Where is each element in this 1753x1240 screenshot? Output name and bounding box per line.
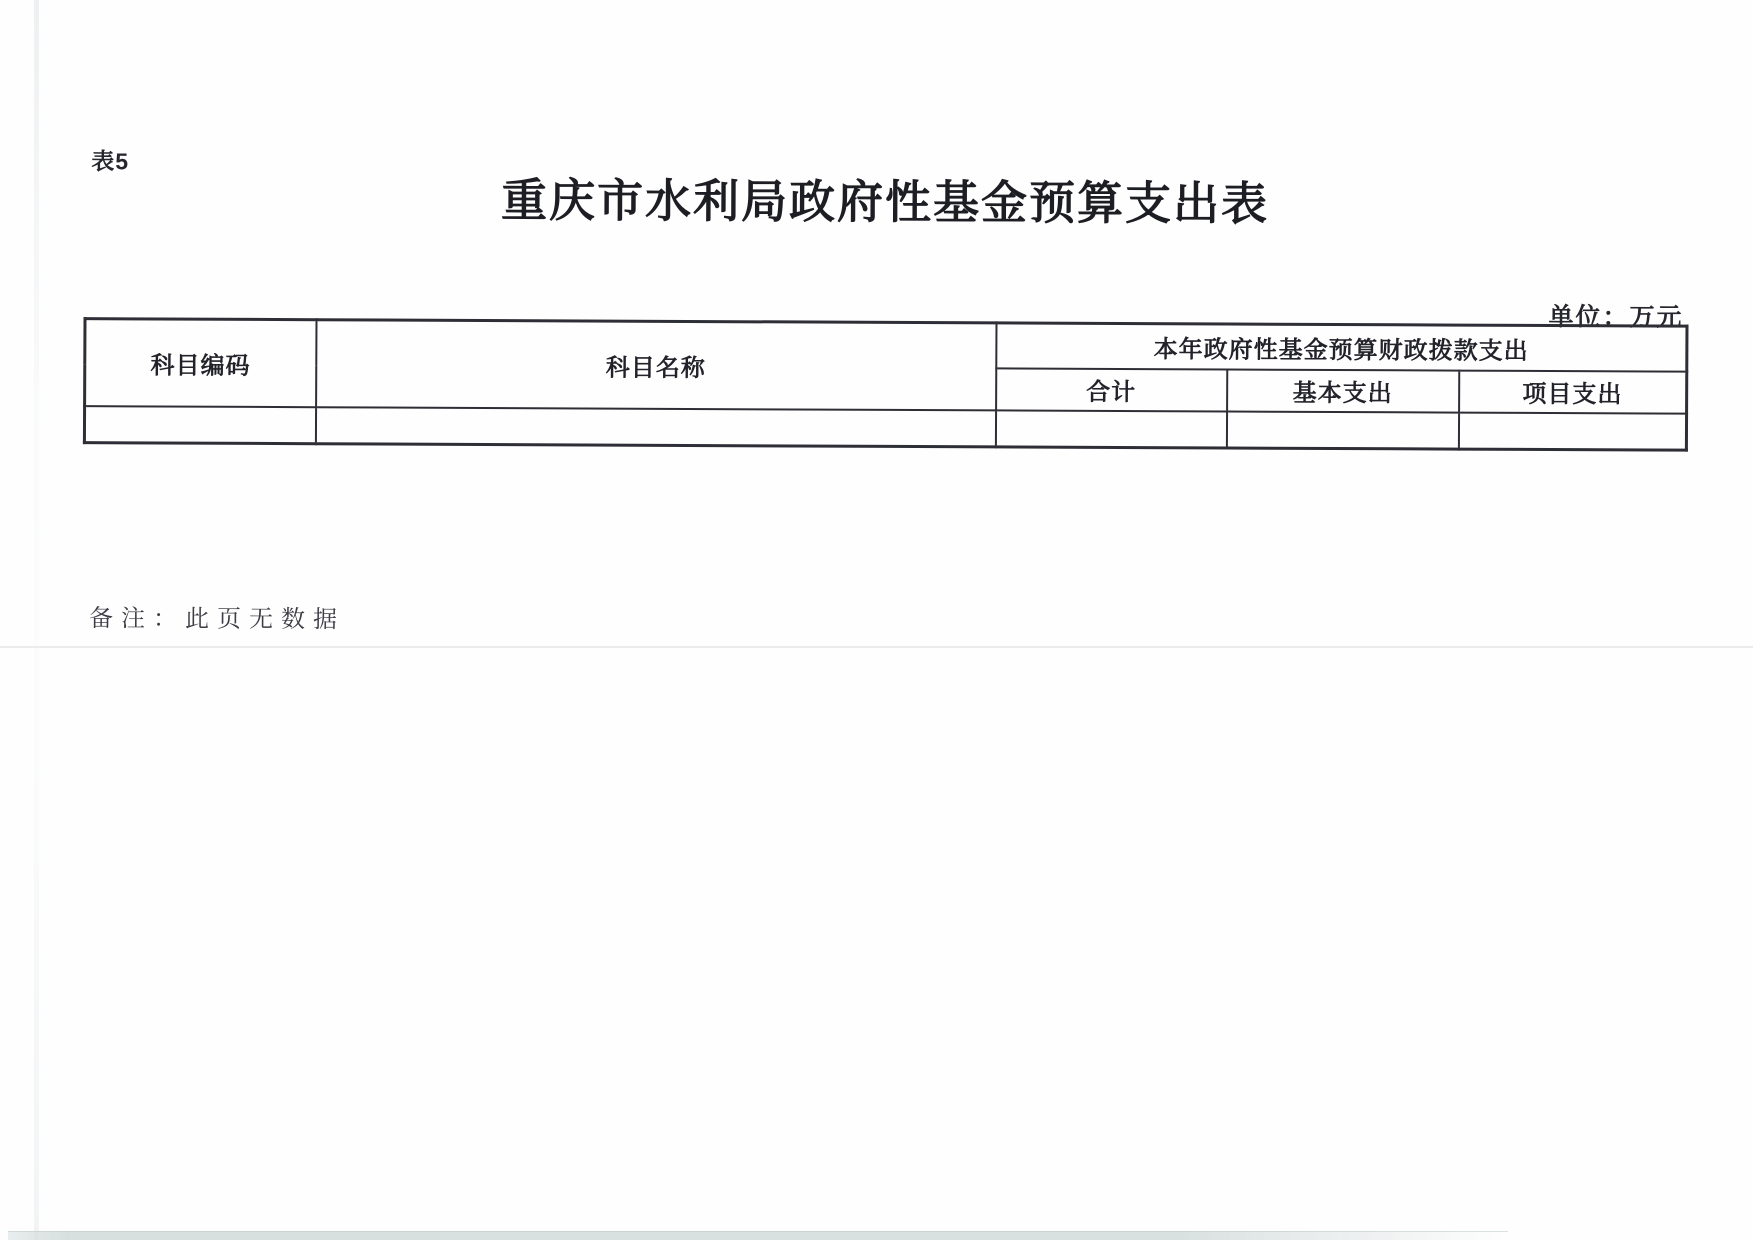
cell-basic-expenditure: [1226, 411, 1458, 449]
budget-table: 科目编码 科目名称 本年政府性基金预算财政拨款支出 合计 基本支出 项目支出: [83, 317, 1689, 452]
header-cell-basic-expenditure: 基本支出: [1227, 369, 1459, 412]
header-cell-subject-code: 科目编码: [85, 319, 316, 407]
header-cell-project-expenditure: 项目支出: [1459, 370, 1687, 413]
header-cell-fund-appropriation-group: 本年政府性基金预算财政拨款支出: [996, 323, 1687, 371]
page-title: 重庆市水利局政府性基金预算支出表: [84, 172, 1686, 232]
scan-artifact-vertical-streak: [34, 0, 39, 1240]
scanned-document-page: 表5 重庆市水利局政府性基金预算支出表 单位：万元 科目编码 科目名称 本年政府…: [0, 0, 1753, 1240]
table-header-row-1: 科目编码 科目名称 本年政府性基金预算财政拨款支出: [85, 319, 1687, 372]
scan-artifact-horizontal-line: [0, 646, 1753, 648]
cell-total: [995, 410, 1226, 448]
cell-subject-name: [315, 407, 995, 447]
table-row: [84, 406, 1686, 451]
header-cell-subject-name: 科目名称: [316, 320, 996, 410]
note-text: 备注：此页无数据: [89, 598, 345, 634]
header-cell-total: 合计: [996, 368, 1227, 411]
cell-subject-code: [84, 406, 315, 444]
scan-artifact-bottom-strip: [8, 1231, 1508, 1240]
cell-project-expenditure: [1458, 412, 1686, 450]
paper-sheet: 表5 重庆市水利局政府性基金预算支出表 单位：万元 科目编码 科目名称 本年政府…: [0, 0, 1753, 1240]
